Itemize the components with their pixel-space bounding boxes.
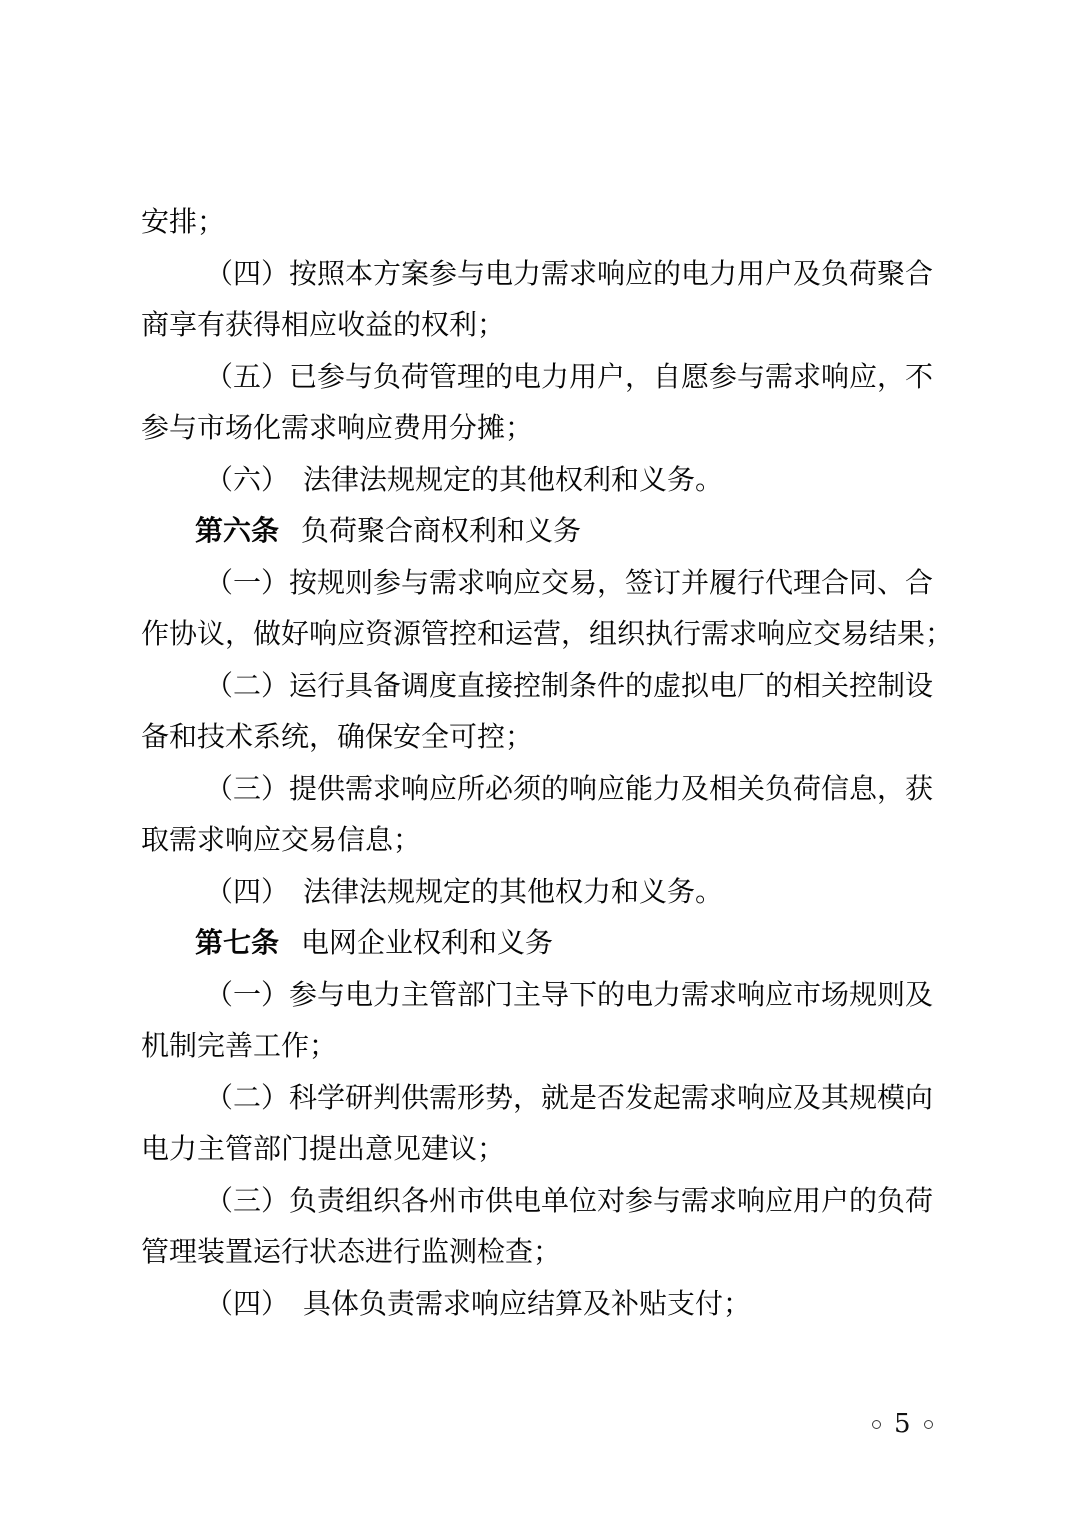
text-line: （一）按规则参与需求响应交易，签订并履行代理合同、合 [141, 557, 927, 609]
text-line: 参与市场化需求响应费用分摊； [141, 402, 927, 454]
text-line: （五）已参与负荷管理的电力用户，自愿参与需求响应，不 [141, 351, 927, 403]
page-footer: 5 [872, 1408, 933, 1440]
text-line: （三）负责组织各州市供电单位对参与需求响应用户的负荷 [141, 1175, 927, 1227]
text-line: 取需求响应交易信息； [141, 814, 927, 866]
article-heading-6: 第六条负荷聚合商权利和义务 [141, 505, 927, 557]
text-line: 管理装置运行状态进行监测检查； [141, 1226, 927, 1278]
text-line: 作协议，做好响应资源管控和运营，组织执行需求响应交易结果； [141, 608, 927, 660]
text-line: （三）提供需求响应所必须的响应能力及相关负荷信息，获 [141, 763, 927, 815]
article-number: 第七条 [195, 927, 279, 958]
article-title: 负荷聚合商权利和义务 [301, 515, 581, 546]
circle-ornament-right-icon [924, 1420, 933, 1429]
text-line: （四）按照本方案参与电力需求响应的电力用户及负荷聚合 [141, 248, 927, 300]
text-line: 电力主管部门提出意见建议； [141, 1123, 927, 1175]
document-page: 安排； （四）按照本方案参与电力需求响应的电力用户及负荷聚合 商享有获得相应收益… [141, 196, 927, 1329]
text-line: 备和技术系统，确保安全可控； [141, 711, 927, 763]
text-line: 机制完善工作； [141, 1020, 927, 1072]
article-number: 第六条 [195, 515, 279, 546]
text-line: （四） 法律法规规定的其他权力和义务。 [141, 866, 927, 918]
text-line: 安排； [141, 196, 927, 248]
article-heading-7: 第七条电网企业权利和义务 [141, 917, 927, 969]
circle-ornament-left-icon [872, 1420, 881, 1429]
text-line: （二）科学研判供需形势，就是否发起需求响应及其规模向 [141, 1072, 927, 1124]
page-number: 5 [894, 1408, 911, 1440]
article-title: 电网企业权利和义务 [301, 927, 553, 958]
text-line: （二）运行具备调度直接控制条件的虚拟电厂的相关控制设 [141, 660, 927, 712]
text-line: （四） 具体负责需求响应结算及补贴支付； [141, 1278, 927, 1330]
text-line: （一）参与电力主管部门主导下的电力需求响应市场规则及 [141, 969, 927, 1021]
text-line: 商享有获得相应收益的权利； [141, 299, 927, 351]
text-line: （六） 法律法规规定的其他权利和义务。 [141, 454, 927, 506]
